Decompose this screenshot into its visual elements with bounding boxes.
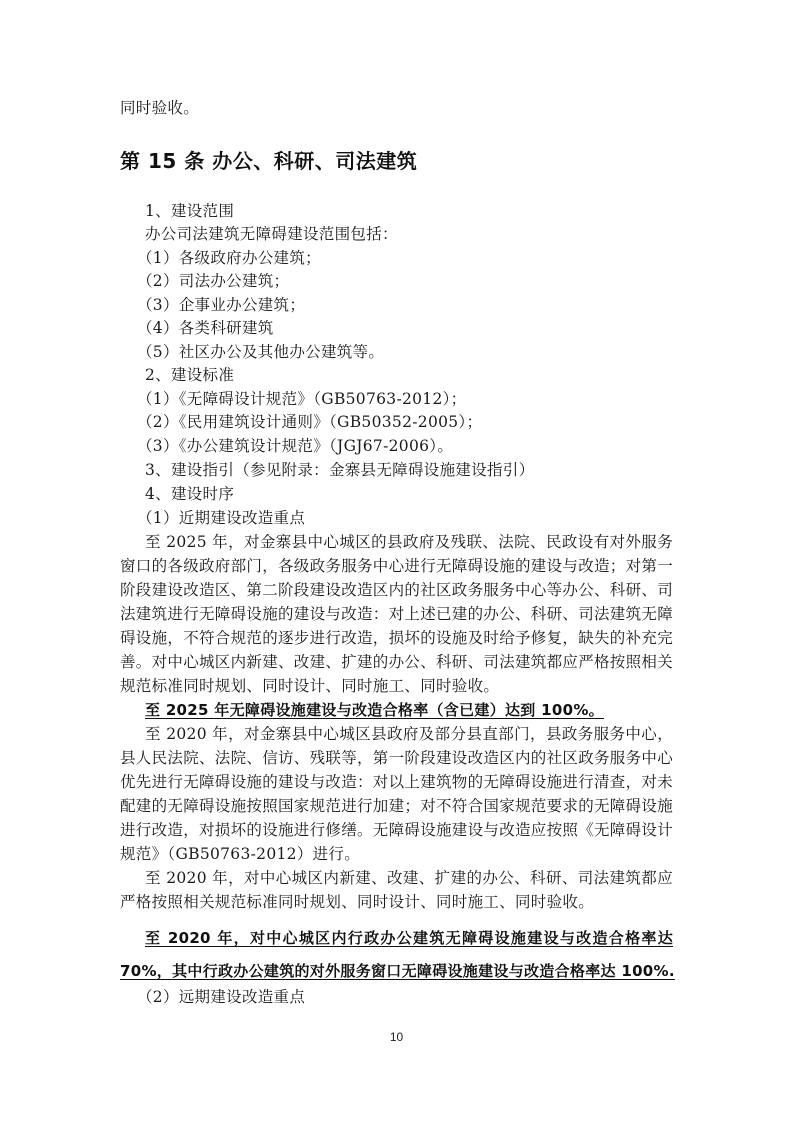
paragraph-line: 进行改造，对损坏的设施进行修缮。无障碍设施建设与改造应按照《无障碍设计: [120, 820, 673, 840]
scope-item: （1）各级政府办公建筑；: [137, 248, 673, 268]
paragraph-line: 配建的无障碍设施按照国家规范进行加建；对不符合国家规范要求的无障碍设施: [120, 796, 673, 816]
paragraph-line: 至 2020 年，对金寨县中心城区县政府及部分县直部门，县政务服务中心，: [145, 724, 673, 744]
standard-item: （3）《办公建筑设计规范》（JGJ67-2006）。: [137, 436, 673, 456]
long-term-title: （2）远期建设改造重点: [137, 987, 673, 1007]
target-2020-line: 至 2020 年，对中心城区内行政办公建筑无障碍设施建设与改造合格率达: [145, 928, 673, 948]
paragraph-line: 阶段建设改造区、第二阶段建设改造区内的社区政务服务中心等办公、科研、司: [120, 580, 673, 600]
target-2020-line: 70%，其中行政办公建筑的对外服务窗口无障碍设施建设与改造合格率达 100%.: [120, 961, 673, 981]
near-term-title: （1）近期建设改造重点: [137, 508, 673, 528]
section-title-guidelines: 3、建设指引（参见附录：金寨县无障碍设施建设指引）: [145, 460, 673, 480]
paragraph-line: 县人民法院、法院、信访、残联等，第一阶段建设改造区内的社区政务服务中心: [120, 748, 673, 768]
paragraph-line: 善。对中心城区内新建、改建、扩建的办公、科研、司法建筑都应严格按照相关: [120, 652, 673, 672]
paragraph-line: 窗口的各级政府部门，各级政务服务中心进行无障碍设施的建设与改造；对第一: [120, 556, 673, 576]
paragraph-line: 法建筑进行无障碍设施的建设与改造：对上述已建的办公、科研、司法建筑无障: [120, 604, 673, 624]
scope-item: （5）社区办公及其他办公建筑等。: [137, 342, 673, 362]
standard-item: （2）《民用建筑设计通则》（GB50352-2005）；: [137, 412, 673, 432]
document-page: 同时验收。 第 15 条 办公、科研、司法建筑 1、建设范围 办公司法建筑无障碍…: [0, 0, 793, 1122]
section-title-scope: 1、建设范围: [145, 201, 673, 221]
section-title-schedule: 4、建设时序: [145, 484, 673, 504]
target-2025: 至 2025 年无障碍设施建设与改造合格率（含已建）达到 100%。: [145, 700, 673, 720]
paragraph-line: 至 2025 年，对金寨县中心城区的县政府及残联、法院、民政设有对外服务: [145, 532, 673, 552]
paragraph-line: 碍设施，不符合规范的逐步进行改造，损坏的设施及时给予修复，缺失的补充完: [120, 628, 673, 648]
scope-item: （2）司法办公建筑；: [137, 271, 673, 291]
carryover-text: 同时验收。: [120, 98, 673, 118]
scope-intro: 办公司法建筑无障碍建设范围包括：: [145, 224, 673, 244]
paragraph-line: 严格按照相关规范标准同时规划、同时设计、同时施工、同时验收。: [120, 892, 673, 912]
paragraph-line: 优先进行无障碍设施的建设与改造：对以上建筑物的无障碍设施进行清查，对未: [120, 772, 673, 792]
scope-item: （4）各类科研建筑: [137, 318, 673, 338]
standard-item: （1）《无障碍设计规范》（GB50763-2012）；: [137, 389, 673, 409]
article-heading: 第 15 条 办公、科研、司法建筑: [120, 148, 417, 174]
paragraph-line: 规范标准同时规划、同时设计、同时施工、同时验收。: [120, 676, 673, 696]
section-title-standards: 2、建设标准: [145, 365, 673, 385]
paragraph-line: 规范》（GB50763-2012）进行。: [120, 844, 673, 864]
scope-item: （3）企事业办公建筑；: [137, 295, 673, 315]
page-number: 10: [0, 1030, 793, 1044]
paragraph-line: 至 2020 年，对中心城区内新建、改建、扩建的办公、科研、司法建筑都应: [145, 868, 673, 888]
